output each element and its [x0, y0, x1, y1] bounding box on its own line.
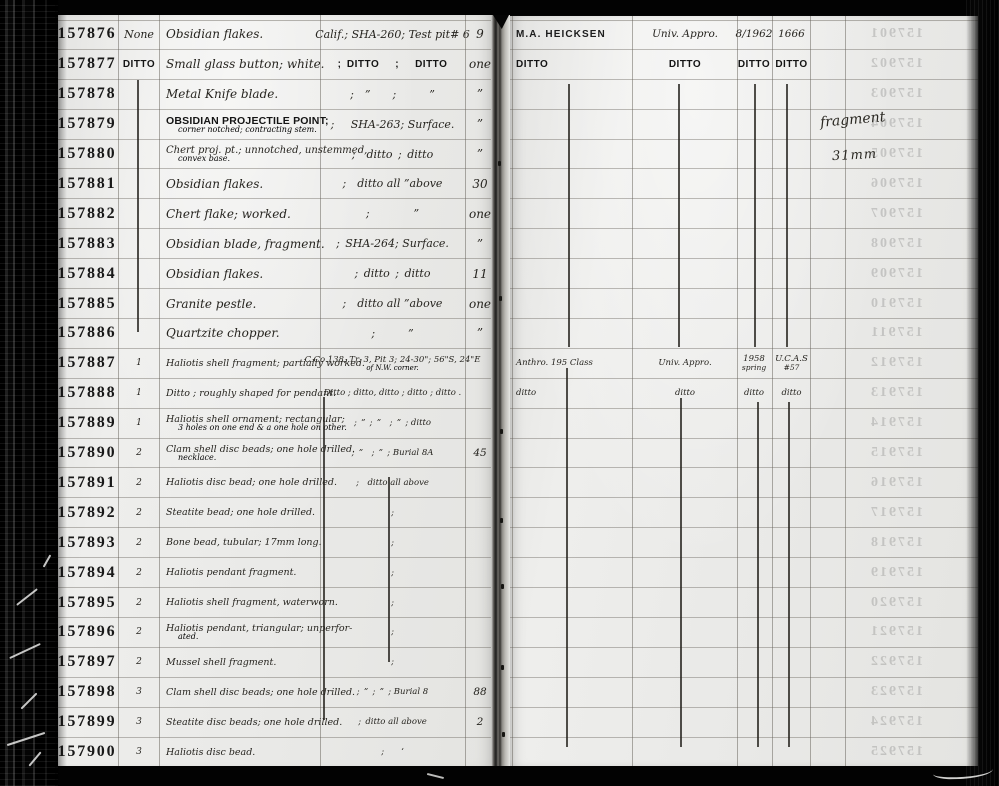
description: Small glass button; white. — [162, 50, 319, 79]
description-text: Ditto ; roughly shaped for pendant. — [166, 388, 336, 399]
ledger-row: 1578962Haliotis pendant, triangular; unp… — [55, 618, 497, 648]
site-text: ; — [391, 657, 394, 667]
binding-tick — [500, 429, 503, 434]
site-text: ; ditto all above — [358, 717, 427, 727]
ghost-number: 157906 — [850, 170, 942, 199]
count: ” — [466, 140, 494, 169]
site-location: ; — [321, 618, 464, 647]
ledger-row: 157880Chert proj. pt.; unnotched, unstem… — [55, 140, 497, 170]
ghost-number: 157919 — [850, 558, 942, 587]
count: one — [466, 199, 494, 228]
left-page: 157876NoneObsidian flakes.Calif.; SHA-26… — [55, 14, 497, 768]
site-location: ; ditto all ”above — [321, 289, 464, 318]
ledger-row: 157902DITTODITTODITTODITTO — [508, 50, 978, 80]
ledger-row: 1578993Steatite disc beads; one hole dri… — [55, 708, 497, 738]
tally-mark: 2 — [119, 588, 159, 617]
site-text: ; ” ; ” ; ” ; ditto — [354, 418, 431, 428]
site-location: C.Co.138, Tr. 3, Pit 3; 24-30"; 56"S, 24… — [321, 349, 464, 378]
ledger-row: 157881Obsidian flakes.; ditto all ”above… — [55, 170, 497, 200]
margin-note-measurement: 31mm — [832, 147, 878, 164]
ghost-number: 157907 — [850, 199, 942, 228]
description-text: Metal Knife blade. — [166, 87, 278, 101]
ghost-number: 157910 — [850, 289, 942, 318]
ghost-number: 157911 — [850, 319, 942, 348]
description-text: Steatite disc beads; one hole drilled. — [166, 717, 342, 728]
ledger-row: 1578932Bone bead, tubular; 17mm long.; — [55, 528, 497, 558]
ledger-row: 1578922Steatite bead; one hole drilled.; — [55, 498, 497, 528]
ghost-number: 157916 — [850, 469, 942, 498]
ghost-number: 157924 — [850, 708, 942, 737]
description: Metal Knife blade. — [162, 80, 319, 109]
tally-mark: 2 — [119, 469, 159, 498]
description: Haliotis pendant fragment. — [162, 558, 319, 587]
accession-date-text: 8/1962 — [736, 28, 773, 40]
site-location: Ditto ; ditto, ditto ; ditto ; ditto . — [321, 379, 464, 408]
description: Obsidian blade, fragment. — [162, 229, 319, 258]
site-text: ; ‘ — [381, 747, 404, 757]
column-rule — [320, 14, 321, 768]
count: one — [466, 50, 494, 79]
ledger-row: 157901M.A. HEICKSENUniv. Appro.8/1962166… — [508, 20, 978, 50]
ledger-row: 1578881Ditto ; roughly shaped for pendan… — [55, 379, 497, 409]
binding-tick — [501, 665, 504, 670]
count: 2 — [466, 708, 494, 737]
description: Ditto ; roughly shaped for pendant. — [162, 379, 319, 408]
collector: M.A. HEICKSEN — [516, 20, 630, 49]
ledger-row: 157884Obsidian flakes.; ditto ; ditto11 — [55, 259, 497, 289]
ledger-row: 157903 — [508, 80, 978, 110]
ditto-line — [568, 84, 570, 347]
ledger-row: 1578983Clam shell disc beads; one hole d… — [55, 678, 497, 708]
ditto-line — [757, 402, 759, 747]
scan-edge-right — [966, 0, 999, 786]
description: Obsidian flakes. — [162, 170, 319, 199]
column-rule — [810, 16, 811, 766]
site-text: ; ditto all ”above — [343, 177, 443, 190]
ledger-row: 157924 — [508, 708, 978, 738]
count: 9 — [466, 20, 494, 49]
site-location: ; ditto ; ditto — [321, 259, 464, 288]
accession-number-text: ditto — [781, 388, 801, 398]
description-text: Small glass button; white. — [166, 57, 325, 71]
site-text: ; — [391, 598, 394, 608]
site-text: ; — [391, 627, 394, 637]
ghost-number: 157908 — [850, 229, 942, 258]
book-gutter — [491, 14, 510, 767]
description: Steatite bead; one hole drilled. — [162, 498, 319, 527]
site-text: ; — [391, 508, 394, 518]
accession-date-text: ditto — [744, 388, 764, 398]
description: Quartzite chopper. — [162, 319, 319, 348]
ledger-row: 157878Metal Knife blade.; ” ; ”” — [55, 80, 497, 110]
scan-edge-top — [0, 0, 999, 15]
ledger-row: 1578871Haliotis shell fragment; partiall… — [55, 349, 497, 379]
site-location: ; SHA-264; Surface. — [321, 229, 464, 258]
site-text: Ditto ; ditto, ditto ; ditto ; ditto . — [324, 388, 462, 398]
site-text: ; SHA-264; Surface. — [336, 237, 449, 250]
catalog-ledger-scan: 157876NoneObsidian flakes.Calif.; SHA-26… — [0, 0, 999, 786]
binding-tick — [500, 518, 503, 523]
binding-tick — [502, 732, 505, 737]
description-text: Haliotis disc bead. — [166, 747, 255, 758]
site-text: ; — [391, 568, 394, 578]
ghost-number: 157915 — [850, 439, 942, 468]
column-rule — [465, 14, 466, 768]
description: Obsidian flakes. — [162, 259, 319, 288]
ledger-row: 157886Quartzite chopper.; ”” — [55, 319, 497, 349]
site-location: ; ditto all above — [321, 708, 464, 737]
description: OBSIDIAN PROJECTILE POINT;corner notched… — [162, 110, 319, 139]
site-location: ; — [321, 588, 464, 617]
ditto-line — [566, 368, 568, 747]
tally-mark: 3 — [119, 678, 159, 707]
column-rule — [118, 14, 119, 768]
approval: ditto — [634, 379, 736, 408]
ledger-row: 157906 — [508, 170, 978, 200]
count: 11 — [466, 259, 494, 288]
approval: DITTO — [634, 50, 736, 79]
site-text: ; ” — [366, 207, 419, 220]
binding-tick — [499, 296, 502, 301]
site-location: Calif.; SHA-260; Test pit# 6 — [321, 20, 464, 49]
count: ” — [466, 110, 494, 139]
ditto-line — [323, 397, 325, 720]
ledger-row: 157914 — [508, 409, 978, 439]
approval: Univ. Appro. — [634, 349, 736, 378]
ledger-row: 157925 — [508, 738, 978, 766]
ghost-number: 157925 — [850, 738, 942, 766]
description-text: Steatite bead; one hole drilled. — [166, 507, 315, 518]
tally-mark: DITTO — [119, 50, 159, 79]
site-location: ; SHA-263; Surface. — [321, 110, 464, 139]
tally-mark: 2 — [119, 498, 159, 527]
ledger-row: 157918 — [508, 528, 978, 558]
accession-number-subtext: #57 — [784, 364, 800, 372]
count: ” — [466, 229, 494, 258]
count: ” — [466, 80, 494, 109]
binding-tick — [501, 584, 504, 589]
scan-edge-left — [0, 0, 58, 786]
ghost-number: 157920 — [850, 588, 942, 617]
site-location: ; — [321, 528, 464, 557]
site-text: ; ditto ; ditto — [355, 267, 431, 280]
column-rule — [512, 16, 513, 766]
ledger-row: 157905 — [508, 140, 978, 170]
accession-number-text: DITTO — [775, 59, 807, 70]
accession-date: DITTO — [737, 50, 771, 79]
ledger-row: 157913dittodittodittoditto — [508, 379, 978, 409]
count: one — [466, 289, 494, 318]
accession-number: 1666 — [773, 20, 810, 49]
ledger-row: 157915 — [508, 439, 978, 469]
ledger-row: 157883Obsidian blade, fragment.; SHA-264… — [55, 229, 497, 259]
site-location: ; ” — [321, 199, 464, 228]
ledger-row: 157917 — [508, 498, 978, 528]
collector: ditto — [516, 379, 630, 408]
site-text: ; ditto all ”above — [343, 297, 443, 310]
site-text: ; ditto ; ditto — [352, 148, 433, 161]
tally-mark: 1 — [119, 379, 159, 408]
description: Chert flake; worked. — [162, 199, 319, 228]
column-rule — [772, 16, 773, 766]
description-text: Haliotis shell fragment, waterworn. — [166, 597, 338, 608]
ledger-row: 157911 — [508, 319, 978, 349]
description-text: Mussel shell fragment. — [166, 657, 276, 668]
site-subtext: of N.W. corner. — [366, 364, 418, 372]
count: 45 — [466, 439, 494, 468]
ditto-line — [754, 84, 756, 347]
accession-date-text: DITTO — [738, 59, 770, 70]
ledger-row: 1578942Haliotis pendant fragment.; — [55, 558, 497, 588]
ledger-row: 157922 — [508, 648, 978, 678]
count: ” — [466, 319, 494, 348]
description: Bone bead, tubular; 17mm long. — [162, 528, 319, 557]
site-text: ; DITTO ; DITTO — [338, 59, 448, 70]
accession-number: ditto — [773, 379, 810, 408]
description-text: Haliotis pendant fragment. — [166, 567, 296, 578]
site-text: ; ” ; ” ; Burial 8A — [352, 448, 434, 458]
scan-edge-bottom — [0, 766, 999, 786]
approval: Univ. Appro. — [634, 20, 736, 49]
binding-tick — [498, 161, 501, 166]
description-text: Obsidian flakes. — [166, 177, 263, 191]
description: Haliotis shell ornament; rectangular;3 h… — [162, 409, 319, 438]
description-subtext: corner notched; contracting stem. — [178, 126, 317, 134]
ledger-row: 157921 — [508, 618, 978, 648]
site-text: ; ” ; ” ; Burial 8 — [357, 687, 428, 697]
description: Haliotis disc bead; one hole drilled. — [162, 469, 319, 498]
ghost-number: 157909 — [850, 259, 942, 288]
ledger-row: 1578891Haliotis shell ornament; rectangu… — [55, 409, 497, 439]
tally-mark: 2 — [119, 618, 159, 647]
ghost-number: 157917 — [850, 498, 942, 527]
site-location: ; — [321, 498, 464, 527]
ditto-line — [680, 398, 682, 747]
description-text: Obsidian flakes. — [166, 27, 263, 41]
column-rule — [632, 16, 633, 766]
ditto-line — [786, 84, 788, 347]
description: Obsidian flakes. — [162, 20, 319, 49]
description: Haliotis disc bead. — [162, 738, 319, 767]
description-text: Quartzite chopper. — [166, 326, 280, 340]
ditto-line — [788, 402, 790, 747]
ledger-row: 157923 — [508, 678, 978, 708]
tally-mark: 2 — [119, 558, 159, 587]
tally-mark: 1 — [119, 409, 159, 438]
site-text: ; ” — [371, 327, 413, 340]
collector: DITTO — [516, 50, 630, 79]
site-location: ; ” ; ” ; Burial 8 — [321, 678, 464, 707]
site-text: Calif.; SHA-260; Test pit# 6 — [315, 28, 470, 41]
description-subtext: necklace. — [178, 454, 216, 462]
ghost-number: 157903 — [850, 80, 942, 109]
ghost-number: 157901 — [850, 20, 942, 49]
ledger-row: 157916 — [508, 469, 978, 499]
count: 88 — [466, 678, 494, 707]
tally-mark: 2 — [119, 648, 159, 677]
ledger-row: 157876NoneObsidian flakes.Calif.; SHA-26… — [55, 20, 497, 50]
collector: Anthro. 195 Class — [516, 349, 630, 378]
site-location: ; ditto all ”above — [321, 170, 464, 199]
accession-date-subtext: spring — [742, 364, 766, 372]
count: 30 — [466, 170, 494, 199]
site-location: ; ditto ; ditto — [321, 140, 464, 169]
ghost-number: 157922 — [850, 648, 942, 677]
ledger-row: 157919 — [508, 558, 978, 588]
site-location: ; DITTO ; DITTO — [321, 50, 464, 79]
site-location: ; ditto all above — [321, 469, 464, 498]
site-location: ; — [321, 558, 464, 587]
description-text: Haliotis disc bead; one hole drilled. — [166, 477, 337, 488]
ghost-number: 157902 — [850, 50, 942, 79]
ledger-row: 157882Chert flake; worked.; ”one — [55, 199, 497, 229]
description-subtext: convex base. — [178, 155, 230, 163]
ledger-row: 157904 — [508, 110, 978, 140]
accession-number: DITTO — [773, 50, 810, 79]
site-location: ; ” ; ” ; Burial 8A — [321, 439, 464, 468]
ledger-row: 1578912Haliotis disc bead; one hole dril… — [55, 469, 497, 499]
ledger-row: 157885Granite pestle.; ditto all ”aboveo… — [55, 289, 497, 319]
tally-mark: 3 — [119, 738, 159, 767]
tally-mark: None — [119, 20, 159, 49]
ledger-row: 157920 — [508, 588, 978, 618]
ledger-row: 1578952Haliotis shell fragment, waterwor… — [55, 588, 497, 618]
tally-mark: 2 — [119, 528, 159, 557]
description-text: Obsidian blade, fragment. — [166, 237, 325, 251]
ditto-line — [137, 80, 139, 332]
ledger-row: 157910 — [508, 289, 978, 319]
ledger-row: 157879OBSIDIAN PROJECTILE POINT;corner n… — [55, 110, 497, 140]
column-rule — [159, 14, 160, 768]
accession-number-text: 1666 — [778, 28, 805, 40]
tally-mark: 2 — [119, 439, 159, 468]
ghost-number: 157923 — [850, 678, 942, 707]
scan-edge-left-shadow — [55, 0, 67, 786]
right-page: 157901M.A. HEICKSENUniv. Appro.8/1962166… — [508, 16, 978, 766]
site-location: ; ” — [321, 319, 464, 348]
ledger-row: 157908 — [508, 229, 978, 259]
column-rule — [737, 16, 738, 766]
ghost-number: 157921 — [850, 618, 942, 647]
site-location: ; ‘ — [321, 738, 464, 767]
ledger-row: 157877DITTOSmall glass button; white.; D… — [55, 50, 497, 80]
description-text: Obsidian flakes. — [166, 267, 263, 281]
description-subtext: ated. — [178, 633, 198, 641]
site-location: ; — [321, 648, 464, 677]
site-text: ; ditto all above — [356, 478, 429, 488]
site-location: ; ” ; ” — [321, 80, 464, 109]
ledger-row: 157909 — [508, 259, 978, 289]
description-text: Bone bead, tubular; 17mm long. — [166, 537, 322, 548]
ledger-row: 1579003Haliotis disc bead.; ‘ — [55, 738, 497, 768]
accession-number: U.C.A.S#57 — [773, 349, 810, 378]
site-text: ; SHA-263; Surface. — [331, 118, 455, 131]
site-text: ; — [391, 538, 394, 548]
ledger-row: 157912Anthro. 195 ClassUniv. Appro.1958s… — [508, 349, 978, 379]
accession-date: 8/1962 — [737, 20, 771, 49]
site-location: ; ” ; ” ; ” ; ditto — [321, 409, 464, 438]
description: Haliotis shell fragment, waterworn. — [162, 588, 319, 617]
ghost-number: 157912 — [850, 349, 942, 378]
site-text: ; ” ; ” — [350, 88, 435, 101]
ledger-row: 157907 — [508, 199, 978, 229]
description: Steatite disc beads; one hole drilled. — [162, 708, 319, 737]
description: Granite pestle. — [162, 289, 319, 318]
description: Clam shell disc beads; one hole drilled. — [162, 678, 319, 707]
accession-date: ditto — [737, 379, 771, 408]
ditto-line — [388, 477, 390, 662]
ditto-line — [678, 84, 680, 347]
tally-mark: 3 — [119, 708, 159, 737]
ledger-row: 1578902Clam shell disc beads; one hole d… — [55, 439, 497, 469]
ghost-number: 157918 — [850, 528, 942, 557]
ghost-number: 157913 — [850, 379, 942, 408]
ledger-row: 1578972Mussel shell fragment.; — [55, 648, 497, 678]
description-text: Granite pestle. — [166, 297, 256, 311]
accession-date: 1958spring — [737, 349, 771, 378]
description: Chert proj. pt.; unnotched, unstemmed,co… — [162, 140, 319, 169]
tally-mark: 1 — [119, 349, 159, 378]
description: Haliotis pendant, triangular; unperfor-a… — [162, 618, 319, 647]
description: Clam shell disc beads; one hole drilled.… — [162, 439, 319, 468]
description-text: Chert flake; worked. — [166, 207, 291, 221]
ghost-number: 157914 — [850, 409, 942, 438]
description: Haliotis shell fragment; partially worke… — [162, 349, 319, 378]
description: Mussel shell fragment. — [162, 648, 319, 677]
